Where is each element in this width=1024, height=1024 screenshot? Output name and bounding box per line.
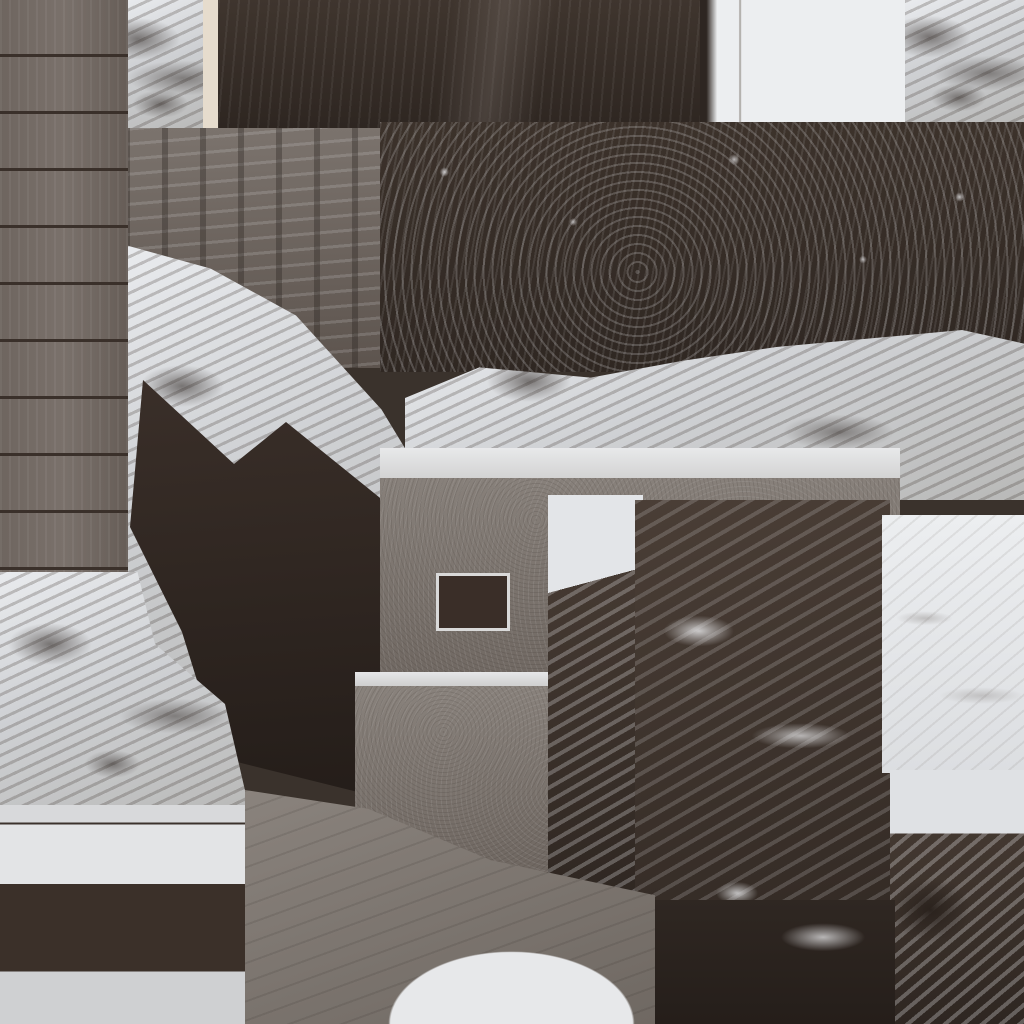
center-slope (548, 495, 643, 915)
right-pale-slope (882, 515, 1024, 773)
photo-collage (0, 0, 1024, 1024)
bottom-right-dark (655, 900, 895, 1024)
wood-panel (0, 0, 128, 572)
paper-edge-strip (203, 0, 218, 130)
bottom-left-ledge (0, 805, 245, 1024)
bunker-roof (380, 448, 900, 478)
right-lower-rocks (890, 770, 1024, 1024)
top-right-cliff (905, 0, 1024, 122)
top-sky (700, 0, 915, 122)
bunker-window (436, 573, 510, 631)
top-left-rocks (120, 0, 210, 130)
top-dark-forest (218, 0, 718, 128)
